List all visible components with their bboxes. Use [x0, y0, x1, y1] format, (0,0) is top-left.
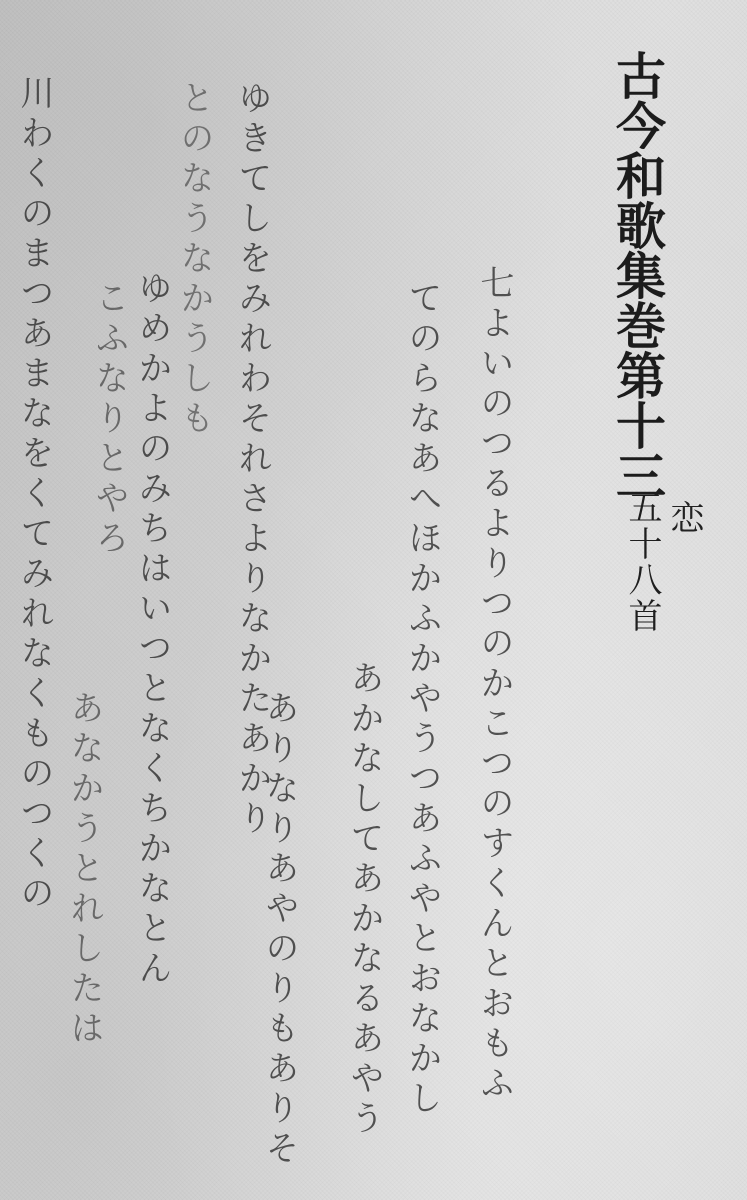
- verse-column: あなかうとれしたは: [60, 690, 109, 1050]
- verse-column: こふなりとやろ: [85, 280, 134, 560]
- verse-column: ゆめかよのみちはいつとなくちかなとん: [128, 270, 177, 990]
- section-label: 恋: [660, 500, 709, 540]
- verse-column: 七よいのつるよりつのかこつのすくんとおもふ: [470, 265, 519, 1105]
- verse-column: あかなしてあかなるあやう: [340, 660, 389, 1140]
- verse-column: ゆきてしをみれわそれさよりなかたあかり: [228, 80, 277, 840]
- verse-column: とのなうなかうしも: [170, 80, 219, 440]
- book-title: 古今和歌集巻第十三: [612, 50, 662, 500]
- verse-column: 川わくのまつあまなをくてみれなくものつくの: [10, 75, 59, 915]
- poem-count: 五十八首: [618, 490, 667, 634]
- verse-column: てのらなあへほかふかやうつあふやとおなかし: [398, 280, 447, 1120]
